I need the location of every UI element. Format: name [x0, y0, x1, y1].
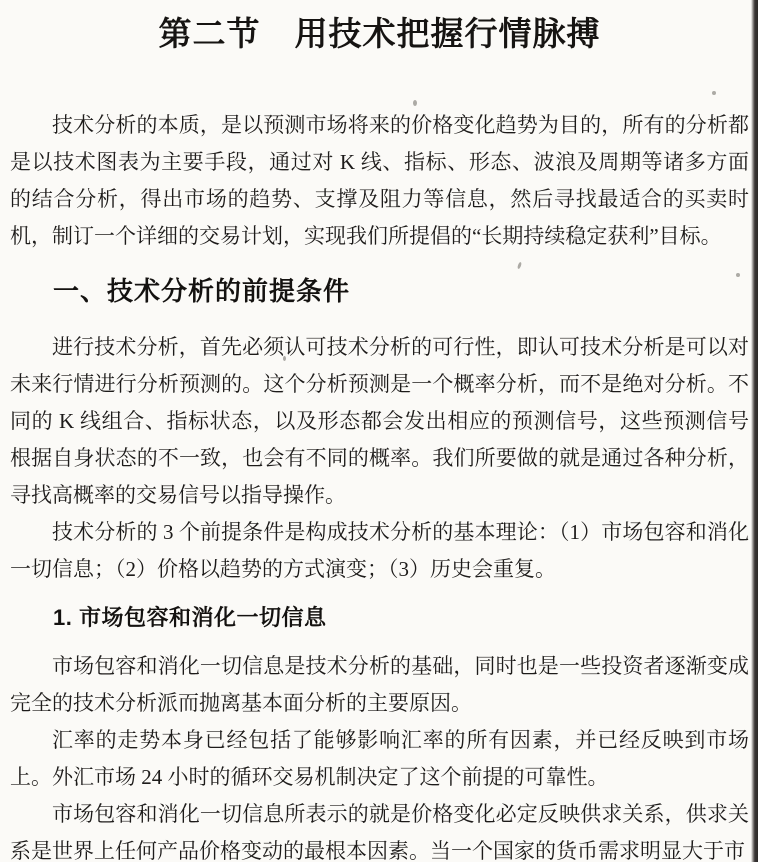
paragraph-three-premises: 技术分析的 3 个前提条件是构成技术分析的基本理论：（1）市场包容和消化一切信息… — [10, 514, 749, 588]
scan-speck — [283, 356, 286, 361]
scan-speck — [736, 273, 740, 277]
paragraph-exchange-rate: 汇率的走势本身已经包括了能够影响汇率的所有因素，并已经反映到市场上。外汇市场 2… — [10, 722, 749, 796]
heading-prerequisites: 一、技术分析的前提条件 — [53, 271, 749, 308]
scan-speck — [712, 91, 716, 95]
paragraph-supply-demand: 市场包容和消化一切信息所表示的就是价格变化必定反映供求关系，供求关系是世界上任何… — [10, 796, 749, 862]
section-title: 第二节 用技术把握行情脉搏 — [10, 8, 749, 55]
scan-speck — [413, 100, 417, 106]
book-page: 第二节 用技术把握行情脉搏 技术分析的本质，是以预测市场将来的价格变化趋势为目的… — [0, 0, 758, 862]
paragraph-feasibility: 进行技术分析，首先必须认可技术分析的可行性，即认可技术分析是可以对未来行情进行分… — [10, 329, 749, 514]
subheading-market-discounts-everything: 1. 市场包容和消化一切信息 — [53, 601, 749, 632]
paragraph-market-basis: 市场包容和消化一切信息是技术分析的基础，同时也是一些投资者逐渐变成完全的技术分析… — [10, 648, 749, 722]
scan-edge-shadow — [751, 0, 758, 862]
page-content: 第二节 用技术把握行情脉搏 技术分析的本质，是以预测市场将来的价格变化趋势为目的… — [10, 8, 749, 862]
paragraph-intro: 技术分析的本质，是以预测市场将来的价格变化趋势为目的，所有的分析都是以技术图表为… — [10, 107, 749, 255]
